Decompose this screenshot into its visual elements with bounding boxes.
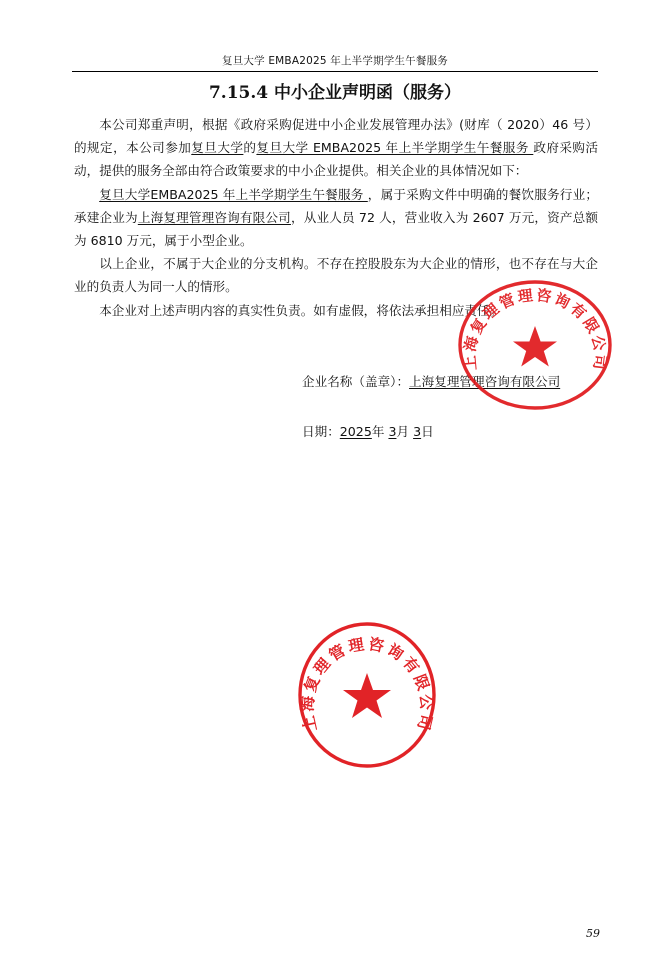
project-name: 复旦大学 EMBA2025 年上半学期学生午餐服务 xyxy=(256,140,533,155)
paragraph-responsibility: 本企业对上述声明内容的真实性负责。如有虚假，将依法承担相应责任。 xyxy=(74,299,598,322)
section-title: 7.15.4 中小企业声明函（服务） xyxy=(72,78,598,103)
company-seal-icon: 上海复理管理咨询有限公司 xyxy=(296,620,438,770)
date-year-unit: 年 xyxy=(372,424,385,439)
date-month-unit: 月 xyxy=(396,424,409,439)
header-divider xyxy=(72,71,598,72)
date-day: 3 xyxy=(413,424,421,439)
signature-line: 企业名称（盖章）：上海复理管理咨询有限公司 xyxy=(302,371,560,390)
document-page: 复旦大学 EMBA2025 年上半学期学生午餐服务 7.15.4 中小企业声明函… xyxy=(0,0,654,959)
date-label: 日期： xyxy=(302,424,340,439)
svg-text:上海复理管理咨询有限公司: 上海复理管理咨询有限公司 xyxy=(298,634,437,735)
paragraph-declaration: 本公司郑重声明，根据《政府采购促进中小企业发展管理办法》(财库（ 2020）46… xyxy=(74,113,598,183)
date-line: 日期：2025年 3月 3日 xyxy=(302,421,434,440)
date-year: 2025 xyxy=(340,424,372,439)
page-number: 59 xyxy=(586,927,600,940)
running-header: 复旦大学 EMBA2025 年上半学期学生午餐服务 xyxy=(72,53,598,68)
paragraph-text: 的 xyxy=(243,140,256,155)
company-name: 上海复理管理咨询有限公司 xyxy=(138,210,291,225)
signature-company: 上海复理管理咨询有限公司 xyxy=(409,374,560,389)
project-name: 复旦大学EMBA2025 年上半学期学生午餐服务 xyxy=(99,187,368,202)
paragraph-independence: 以上企业，不属于大企业的分支机构。不存在控股股东为大企业的情形，也不存在与大企业… xyxy=(74,252,598,298)
signature-label: 企业名称（盖章）： xyxy=(302,374,409,389)
declaration-body: 本公司郑重声明，根据《政府采购促进中小企业发展管理办法》(财库（ 2020）46… xyxy=(74,113,598,322)
paragraph-enterprise-details: 复旦大学EMBA2025 年上半学期学生午餐服务 ，属于采购文件中明确的餐饮服务… xyxy=(74,183,598,253)
date-day-unit: 日 xyxy=(421,424,434,439)
purchaser-name: 复旦大学 xyxy=(191,140,243,155)
